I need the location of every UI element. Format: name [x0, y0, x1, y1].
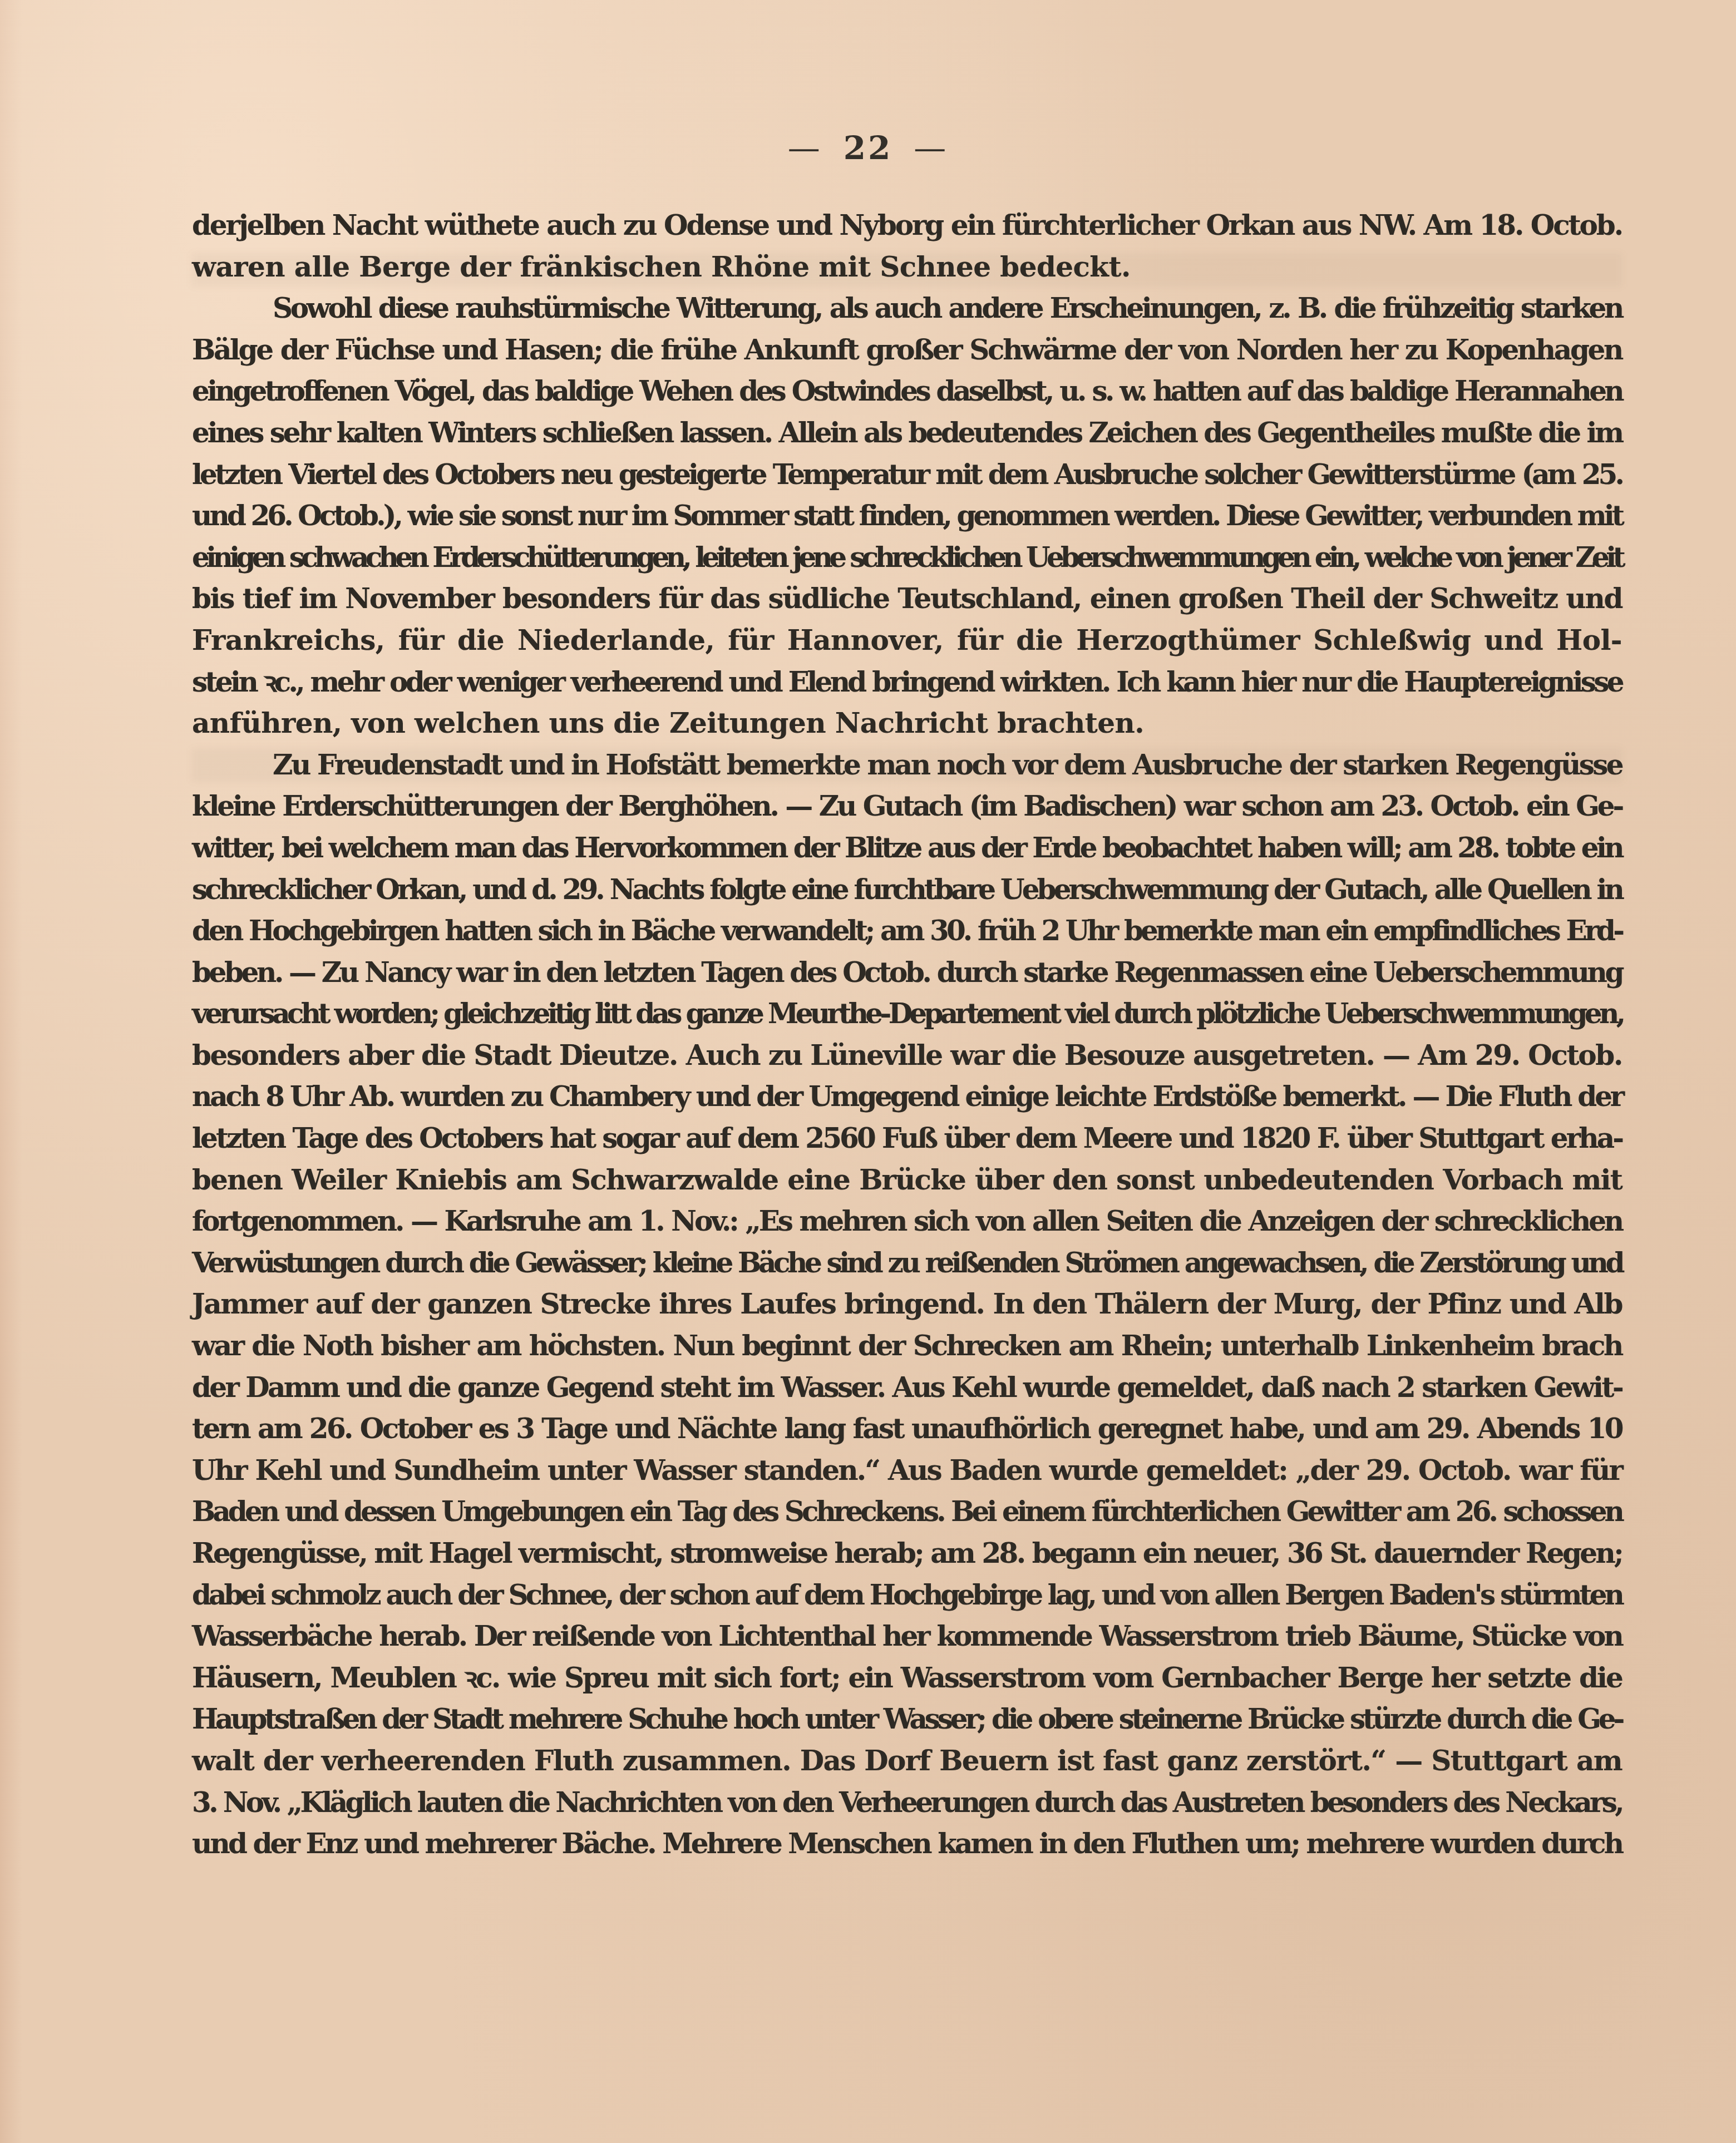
page-number: —22—	[0, 129, 1736, 167]
text-line: Verwüstungen durch die Gewässer; kleine …	[192, 1242, 1622, 1284]
text-line: Baden und dessen Umgebungen ein Tag des …	[192, 1491, 1622, 1533]
text-line: beben. — Zu Nancy war in den letzten Tag…	[192, 952, 1622, 994]
text-line: Hauptstraßen der Stadt mehrere Schuhe ho…	[192, 1698, 1622, 1740]
scanned-book-page: —22— derjelben Nacht wüthete auch zu Ode…	[0, 0, 1736, 2143]
text-line: bis tief im November besonders für das s…	[192, 578, 1622, 620]
text-line: walt der verheerenden Fluth zusammen. Da…	[192, 1740, 1622, 1782]
text-line: eingetroffenen Vögel, das baldige Wehen …	[192, 371, 1622, 412]
text-line: verursacht worden; gleichzeitig litt das…	[192, 993, 1622, 1035]
text-line: Frankreichs, für die Niederlande, für Ha…	[192, 620, 1622, 661]
text-line: einigen schwachen Erderschütterungen, le…	[192, 537, 1622, 579]
text-line: anführen, von welchen uns die Zeitungen …	[192, 703, 1622, 744]
text-line: schrecklicher Orkan, und d. 29. Nachts f…	[192, 869, 1622, 911]
text-line: Uhr Kehl und Sundheim unter Wasser stand…	[192, 1450, 1622, 1492]
page-number-value: 22	[844, 129, 893, 167]
page-number-dash-left: —	[788, 129, 822, 167]
text-line: letzten Tage des Octobers hat sogar auf …	[192, 1118, 1622, 1159]
text-line: den Hochgebirgen hatten sich in Bäche ve…	[192, 910, 1622, 952]
text-line: nach 8 Uhr Ab. wurden zu Chambery und de…	[192, 1076, 1622, 1118]
paragraph-start-line: Zu Freudenstadt und in Hofstätt bemerkte…	[192, 744, 1622, 786]
text-line: der Damm und die ganze Gegend steht im W…	[192, 1367, 1622, 1409]
text-line: Bälge der Füchse und Hasen; die frühe An…	[192, 329, 1622, 371]
text-line: letzten Viertel des Octobers neu gesteig…	[192, 454, 1622, 496]
text-line: eines sehr kalten Winters schließen lass…	[192, 412, 1622, 454]
text-line: war die Noth bisher am höchsten. Nun beg…	[192, 1325, 1622, 1367]
body-text: derjelben Nacht wüthete auch zu Odense u…	[192, 205, 1622, 1865]
text-line: benen Weiler Kniebis am Schwarzwalde ein…	[192, 1159, 1622, 1201]
text-line: besonders aber die Stadt Dieutze. Auch z…	[192, 1035, 1622, 1077]
text-line: und der Enz und mehrerer Bäche. Mehrere …	[192, 1823, 1622, 1865]
text-line: dabei schmolz auch der Schnee, der schon…	[192, 1574, 1622, 1616]
text-line: witter, bei welchem man das Hervorkommen…	[192, 827, 1622, 869]
text-line: derjelben Nacht wüthete auch zu Odense u…	[192, 205, 1622, 246]
text-line: kleine Erderschütterungen der Berghöhen.…	[192, 786, 1622, 827]
text-line: tern am 26. October es 3 Tage und Nächte…	[192, 1408, 1622, 1450]
text-line: fortgenommen. — Karlsruhe am 1. Nov.: „E…	[192, 1201, 1622, 1242]
text-line: Wasserbäche herab. Der reißende von Lich…	[192, 1616, 1622, 1657]
text-line: 3. Nov. „Kläglich lauten die Nachrichten…	[192, 1782, 1622, 1824]
page-number-dash-right: —	[914, 129, 948, 167]
paragraph-start-line: Sowohl diese rauhstürmische Witterung, a…	[192, 288, 1622, 329]
text-line: stein ꝛc., mehr oder weniger verheerend …	[192, 661, 1622, 703]
text-line: waren alle Berge der fränkischen Rhöne m…	[192, 246, 1622, 288]
text-line: Regengüsse, mit Hagel vermischt, stromwe…	[192, 1533, 1622, 1574]
text-line: Häusern, Meublen ꝛc. wie Spreu mit sich …	[192, 1657, 1622, 1699]
text-line: Jammer auf der ganzen Strecke ihres Lauf…	[192, 1283, 1622, 1325]
text-line: und 26. Octob.), wie sie sonst nur im So…	[192, 495, 1622, 537]
